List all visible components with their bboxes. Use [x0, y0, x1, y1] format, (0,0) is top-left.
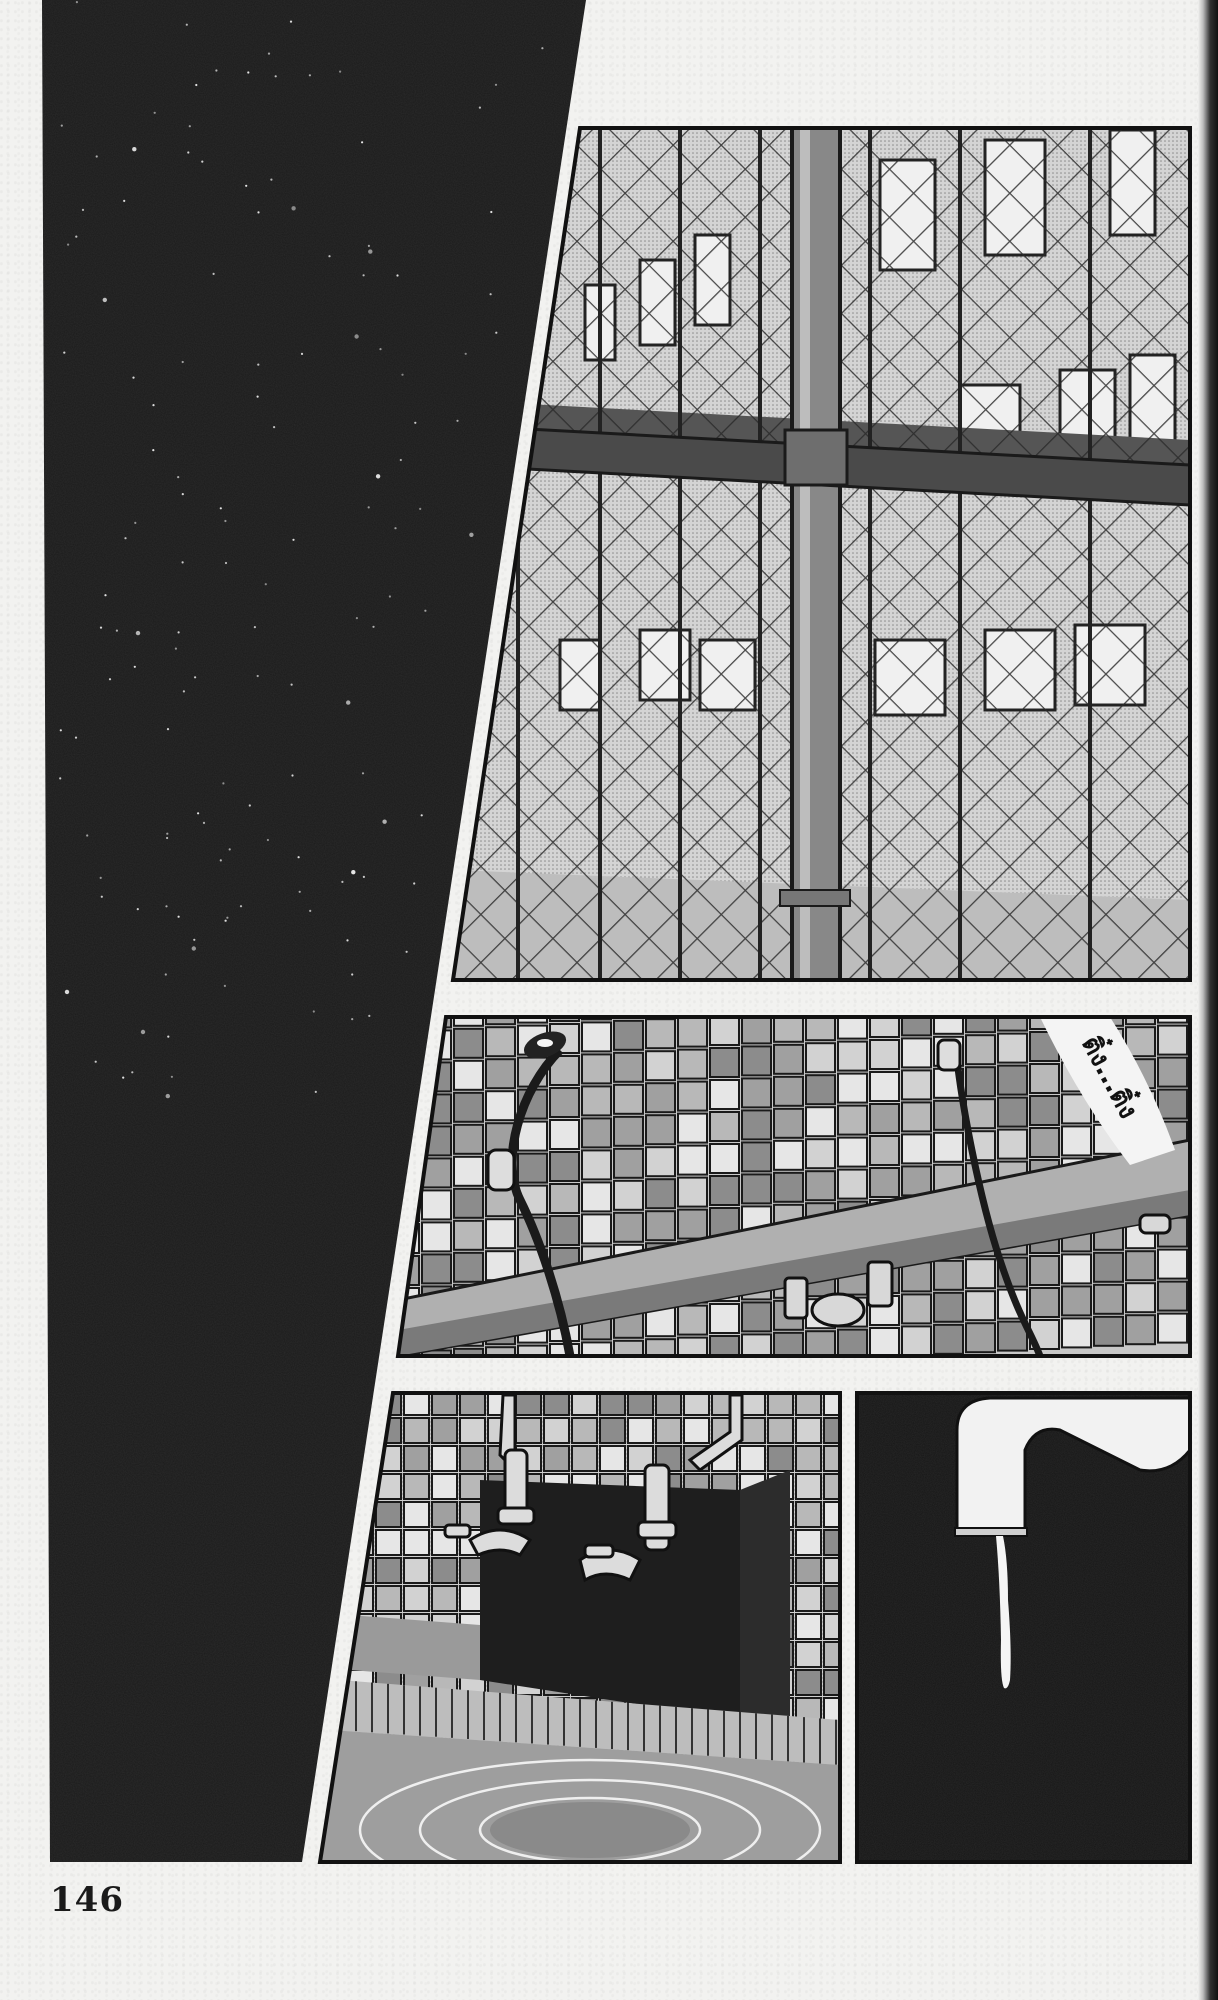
page-number: 146 [50, 1880, 124, 1920]
panel-dripping-faucet [0, 0, 1218, 2000]
manga-page: ติ๋ง...ติ๋ง [0, 0, 1218, 2000]
book-spine-shadow [1198, 0, 1218, 2000]
